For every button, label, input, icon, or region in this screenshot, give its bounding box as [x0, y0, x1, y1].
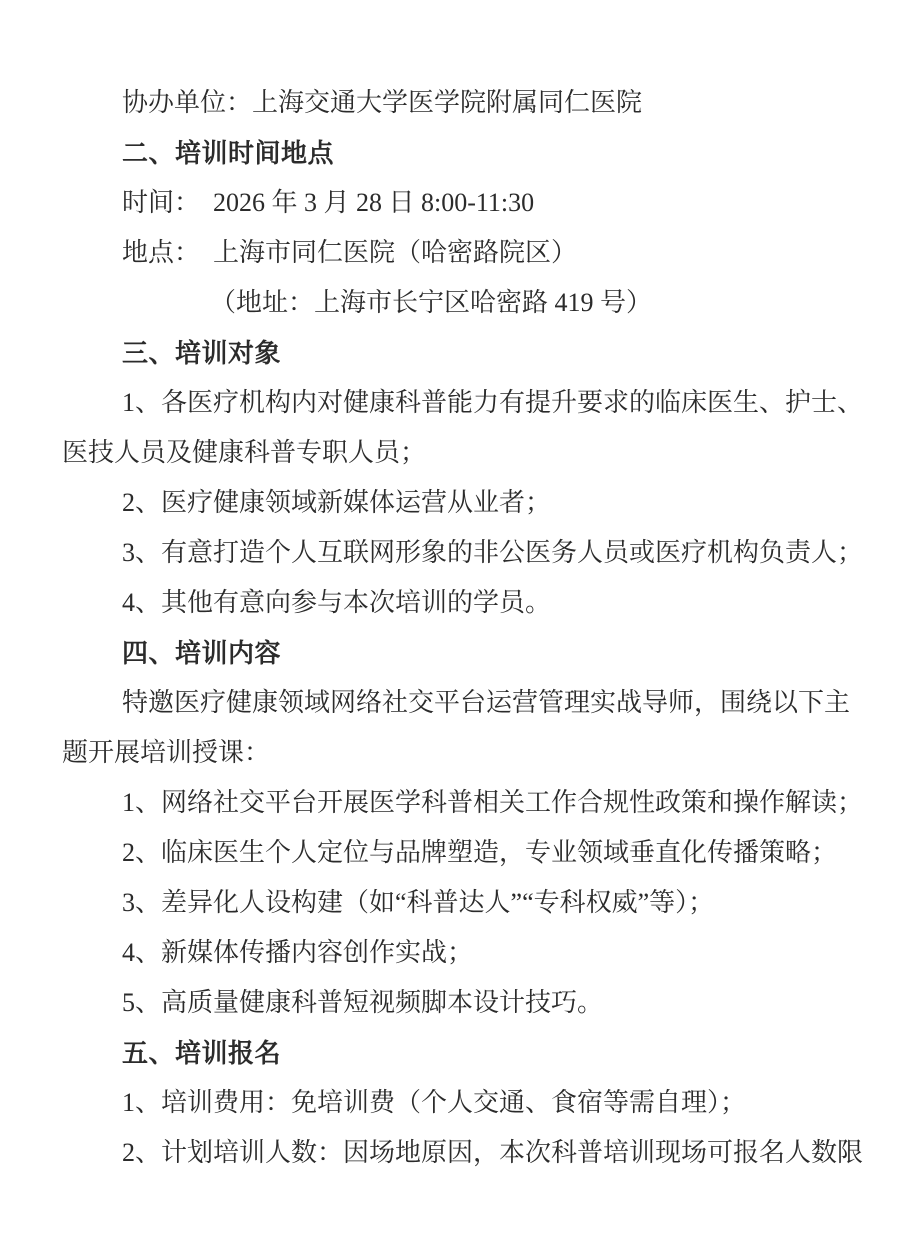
- line-location: 地点： 上海市同仁医院（哈密路院区）: [62, 228, 864, 278]
- heading-section-time-place: 二、培训时间地点: [62, 128, 864, 178]
- line-content-topic-5: 5、高质量健康科普短视频脚本设计技巧。: [62, 978, 864, 1028]
- line-audience-3: 3、有意打造个人互联网形象的非公医务人员或医疗机构负责人；: [62, 528, 864, 578]
- line-audience-4: 4、其他有意向参与本次培训的学员。: [62, 578, 864, 628]
- line-co-organizer: 协办单位：上海交通大学医学院附属同仁医院: [62, 78, 864, 128]
- line-content-intro-a: 特邀医疗健康领域网络社交平台运营管理实战导师，围绕以下主: [62, 678, 864, 728]
- line-address: （地址：上海市长宁区哈密路 419 号）: [62, 278, 864, 328]
- line-registration-count: 2、计划培训人数：因场地原因，本次科普培训现场可报名人数限: [62, 1128, 864, 1178]
- line-content-topic-4: 4、新媒体传播内容创作实战；: [62, 928, 864, 978]
- heading-section-audience: 三、培训对象: [62, 328, 864, 378]
- line-content-intro-b: 题开展培训授课：: [62, 728, 864, 778]
- line-content-topic-3: 3、差异化人设构建（如“科普达人”“专科权威”等）；: [62, 878, 864, 928]
- line-registration-fee: 1、培训费用：免培训费（个人交通、食宿等需自理）；: [62, 1078, 864, 1128]
- line-time: 时间： 2026 年 3 月 28 日 8:00-11:30: [62, 178, 864, 228]
- heading-section-registration: 五、培训报名: [62, 1028, 864, 1078]
- line-audience-1b: 医技人员及健康科普专职人员；: [62, 428, 864, 478]
- heading-section-content: 四、培训内容: [62, 628, 864, 678]
- line-audience-1a: 1、各医疗机构内对健康科普能力有提升要求的临床医生、护士、: [62, 378, 864, 428]
- line-audience-2: 2、医疗健康领域新媒体运营从业者；: [62, 478, 864, 528]
- document-page: 协办单位：上海交通大学医学院附属同仁医院 二、培训时间地点 时间： 2026 年…: [0, 0, 912, 1250]
- line-content-topic-2: 2、临床医生个人定位与品牌塑造，专业领域垂直化传播策略；: [62, 828, 864, 878]
- line-content-topic-1: 1、网络社交平台开展医学科普相关工作合规性政策和操作解读；: [62, 778, 864, 828]
